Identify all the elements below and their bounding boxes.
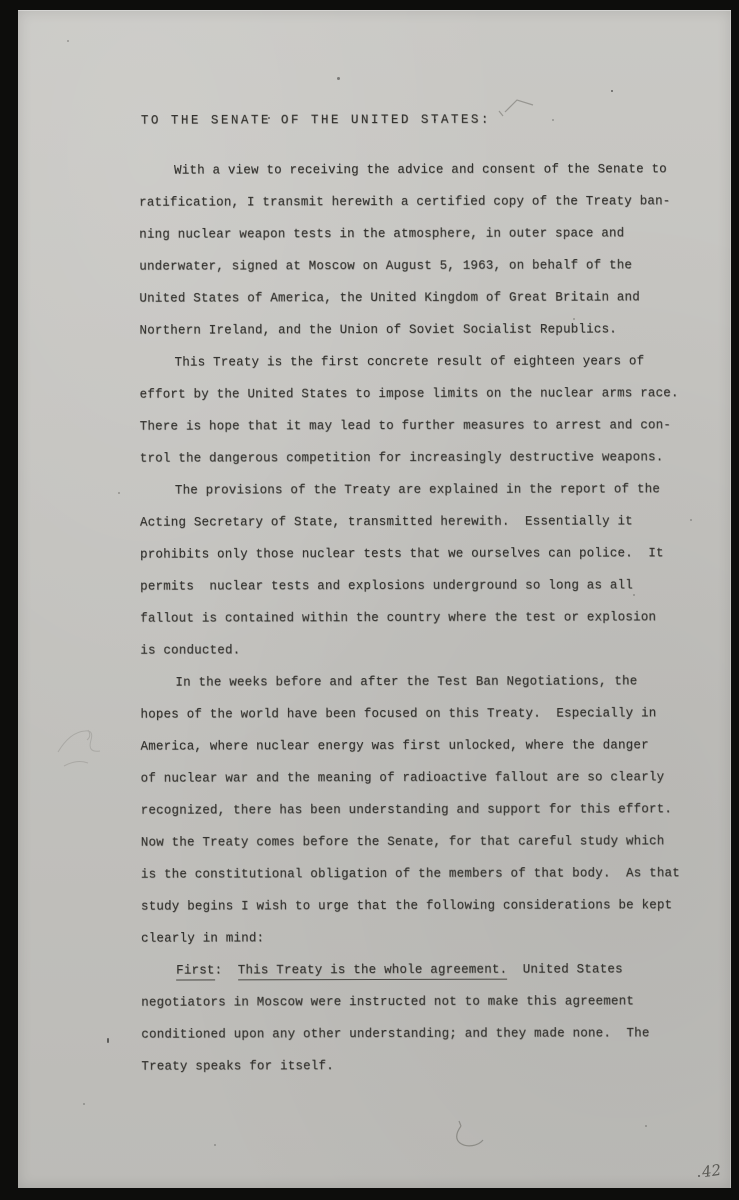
text-line: prohibits only those nuclear tests that … [140, 537, 691, 570]
text-segment: : [215, 963, 238, 977]
paragraph: In the weeks before and after the Test B… [140, 665, 692, 954]
text-line: conditioned upon any other understanding… [141, 1017, 692, 1050]
paper-speck [268, 117, 270, 119]
text-line: With a view to receiving the advice and … [139, 153, 690, 186]
paper-speck [611, 90, 613, 92]
text-line: First: This Treaty is the whole agreemen… [141, 953, 692, 986]
paragraph: With a view to receiving the advice and … [139, 153, 691, 346]
text-line: underwater, signed at Moscow on August 5… [139, 249, 690, 282]
paper-speck [434, 119, 436, 121]
paper-speck [67, 40, 69, 42]
scanned-page: TO THE SENATE OF THE UNITED STATES: With… [18, 10, 731, 1188]
text-line: Treaty speaks for itself. [141, 1049, 692, 1082]
document-content: TO THE SENATE OF THE UNITED STATES: With… [17, 9, 733, 1083]
text-line: is conducted. [140, 633, 691, 666]
text-line: This Treaty is the first concrete result… [139, 345, 690, 378]
paper-speck [214, 1144, 216, 1146]
paper-speck [552, 119, 554, 121]
text-line: negotiators in Moscow were instructed no… [141, 985, 692, 1018]
text-line: Acting Secretary of State, transmitted h… [140, 505, 691, 538]
paper-speck [645, 1125, 647, 1127]
text-segment: United States [507, 962, 623, 976]
text-line: trol the dangerous competition for incre… [140, 441, 691, 474]
paper-speck [118, 492, 120, 494]
text-line: Northern Ireland, and the Union of Sovie… [139, 313, 690, 346]
text-line: hopes of the world have been focused on … [140, 697, 691, 730]
document-heading: TO THE SENATE OF THE UNITED STATES: [141, 103, 690, 136]
bottom-squiggle [457, 1121, 483, 1146]
text-line: There is hope that it may lead to furthe… [140, 409, 691, 442]
text-line: ratification, I transmit herewith a cert… [139, 185, 690, 218]
text-line: The provisions of the Treaty are explain… [140, 473, 691, 506]
underlined-text: First [176, 963, 215, 980]
paragraph: First: This Treaty is the whole agreemen… [141, 953, 692, 1082]
text-line: fallout is contained within the country … [140, 601, 691, 634]
text-line: ning nuclear weapon tests in the atmosph… [139, 217, 690, 250]
text-line: In the weeks before and after the Test B… [140, 665, 691, 698]
text-line: recognized, there has been understanding… [141, 793, 692, 826]
text-line: study begins I wish to urge that the fol… [141, 889, 692, 922]
paper-speck [107, 1038, 109, 1043]
paragraph: The provisions of the Treaty are explain… [140, 473, 692, 666]
text-line: effort by the United States to impose li… [140, 377, 691, 410]
text-line: of nuclear war and the meaning of radioa… [141, 761, 692, 794]
paper-speck [83, 1103, 85, 1105]
underlined-text: This Treaty is the whole agreement. [238, 963, 508, 981]
text-line: America, where nuclear energy was first … [140, 729, 691, 762]
text-line: is the constitutional obligation of the … [141, 857, 692, 890]
paper-speck [337, 77, 340, 80]
text-line: United States of America, the United Kin… [139, 281, 690, 314]
text-line: Now the Treaty comes before the Senate, … [141, 825, 692, 858]
handwritten-page-number: 42 [701, 1161, 722, 1181]
paper-speck [633, 594, 635, 596]
text-line: permits nuclear tests and explosions und… [140, 569, 691, 602]
paper-speck [573, 318, 575, 320]
paper-speck [690, 519, 692, 521]
paragraph: This Treaty is the first concrete result… [139, 345, 690, 474]
paper-speck [698, 1175, 700, 1177]
text-line: clearly in mind: [141, 921, 692, 954]
document-body: With a view to receiving the advice and … [139, 153, 692, 1082]
